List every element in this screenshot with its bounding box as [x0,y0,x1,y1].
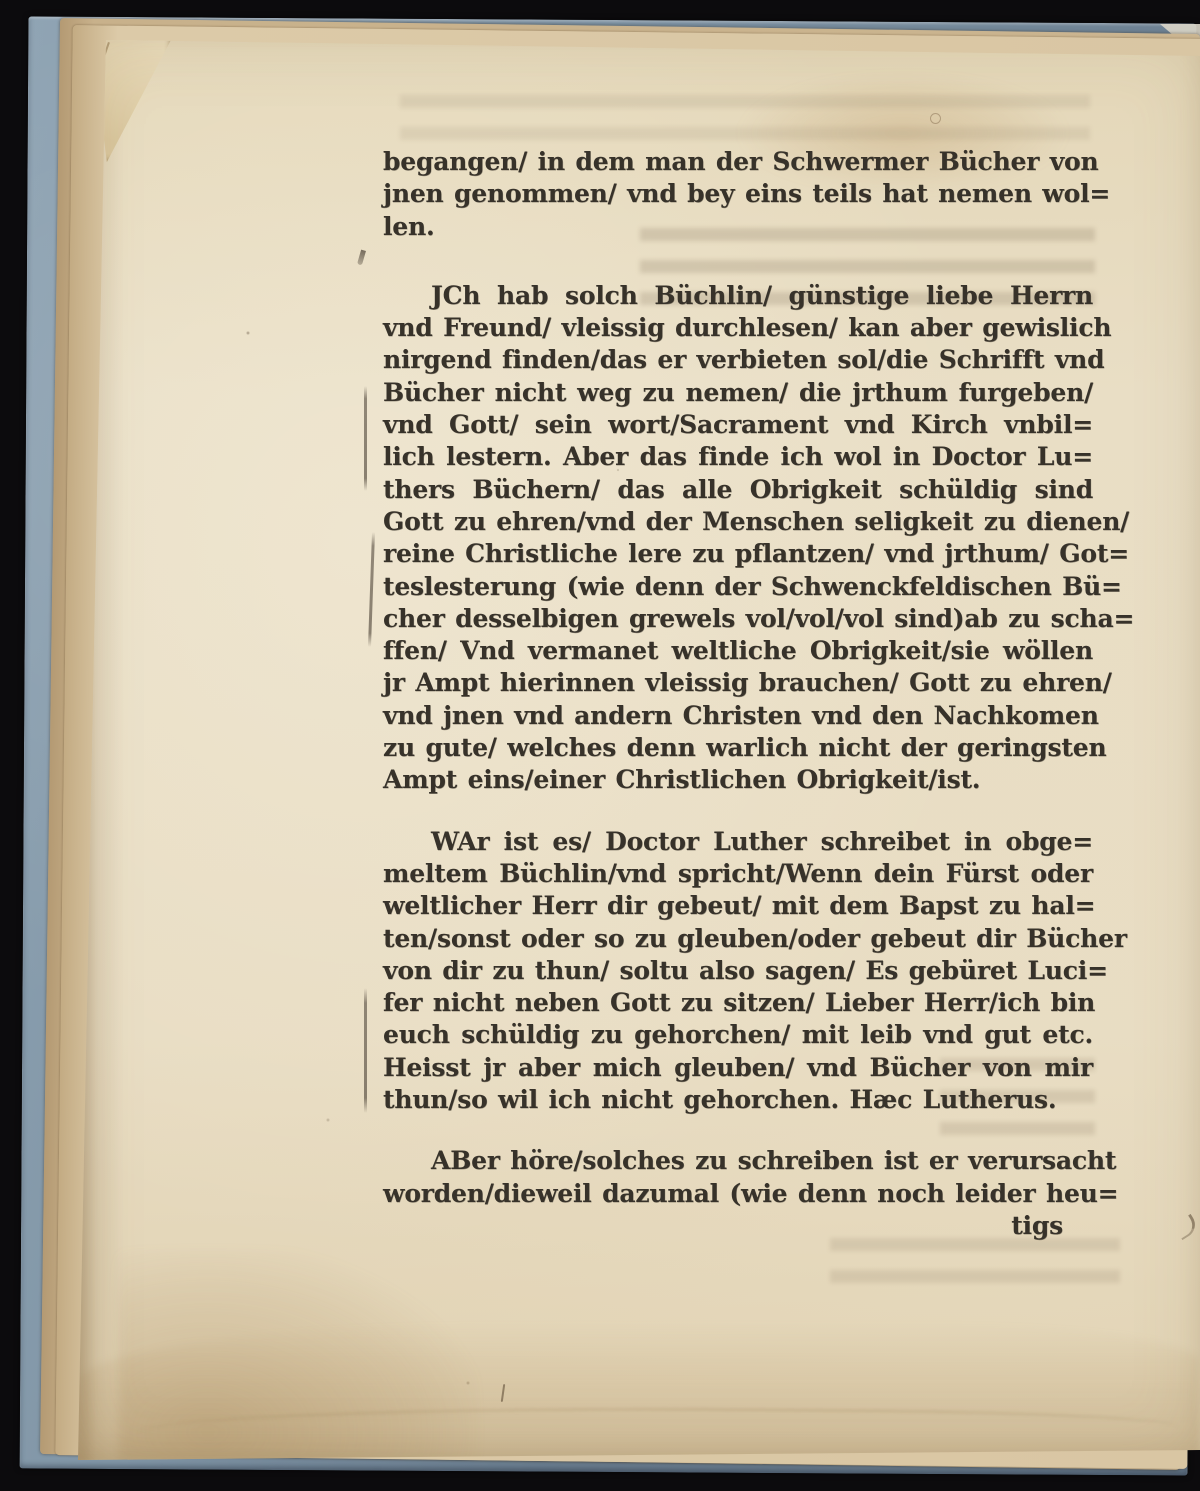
margin-line-mark-2 [368,532,375,647]
scanned-book-photo: begangen/ in dem man der Schwermer Büche… [0,0,1200,1491]
text-line: begangen/ in dem man der Schwermer Büche… [383,146,1093,178]
ink-show-through [830,1238,1120,1302]
paragraph-3: WAr ist es/ Doctor Luther schreibet in o… [383,826,1093,1117]
text-line: vnd Freund/ vleissig durchlesen/ kan abe… [383,312,1093,344]
text-line: lich lestern. Aber das finde ich wol in … [383,441,1093,473]
text-line: weltlicher Herr dir gebeut/ mit dem Baps… [383,890,1093,922]
text-line: cher desselbigen grewels vol/vol/vol sin… [383,603,1093,635]
paper-fleck-ring [930,113,941,124]
text-line: reine Christliche lere zu pflantzen/ vnd… [383,538,1093,570]
margin-line-mark-3 [364,988,367,1113]
text-line: WAr ist es/ Doctor Luther schreibet in o… [383,826,1093,858]
text-line: fer nicht neben Gott zu sitzen/ Lieber H… [383,987,1093,1019]
ink-show-through [400,95,1090,150]
text-line: vnd jnen vnd andern Christen vnd den Nac… [383,700,1093,732]
paragraph-2: JCh hab solch Büchlin/ günstige liebe He… [383,280,1093,797]
margin-line-mark-1 [364,386,367,491]
text-line: Bücher nicht weg zu nemen/ die jrthum fu… [383,377,1093,409]
ink-squiggle-mark [1173,1214,1200,1240]
text-line: Gott zu ehren/vnd der Menschen seligkeit… [383,506,1093,538]
catchword: tigs [383,1210,1093,1242]
text-line: thun/so wil ich nicht gehorchen. Hæc Lut… [383,1084,1093,1116]
text-line: zu gute/ welches denn warlich nicht der … [383,732,1093,764]
margin-comma-mark [357,250,366,266]
text-line: jnen genommen/ vnd bey eins teils hat ne… [383,178,1093,210]
text-line: ABer höre/solches zu schreiben ist er ve… [383,1145,1093,1177]
text-line: ffen/ Vnd vermanet weltliche Obrigkeit/s… [383,635,1093,667]
paragraph-4: ABer höre/solches zu schreiben ist er ve… [383,1145,1093,1242]
text-line: euch schüldig zu gehorchen/ mit leib vnd… [383,1019,1093,1051]
text-block: begangen/ in dem man der Schwermer Büche… [383,146,1093,1242]
text-line: von dir zu thun/ soltu also sagen/ Es ge… [383,955,1093,987]
text-line: meltem Büchlin/vnd spricht/Wenn dein Für… [383,858,1093,890]
text-line: vnd Gott/ sein wort/Sacrament vnd Kirch … [383,409,1093,441]
text-line: worden/dieweil dazumal (wie denn noch le… [383,1178,1093,1210]
text-line: thers Büchern/ das alle Obrigkeit schüld… [383,474,1093,506]
text-line: Heisst jr aber mich gleuben/ vnd Bücher … [383,1052,1093,1084]
text-line: jr Ampt hierinnen vleissig brauchen/ Got… [383,667,1093,699]
book-page: begangen/ in dem man der Schwermer Büche… [78,40,1200,1464]
paragraph-1: begangen/ in dem man der Schwermer Büche… [383,146,1093,243]
text-line: teslesterung (wie denn der Schwenckfeldi… [383,571,1093,603]
text-line: nirgend finden/das er verbieten sol/die … [383,344,1093,376]
text-line: len. [383,211,1093,243]
text-line: ten/sonst oder so zu gleuben/oder gebeut… [383,923,1093,955]
text-line: JCh hab solch Büchlin/ günstige liebe He… [383,280,1093,312]
text-line: Ampt eins/einer Christlichen Obrigkeit/i… [383,764,1093,796]
